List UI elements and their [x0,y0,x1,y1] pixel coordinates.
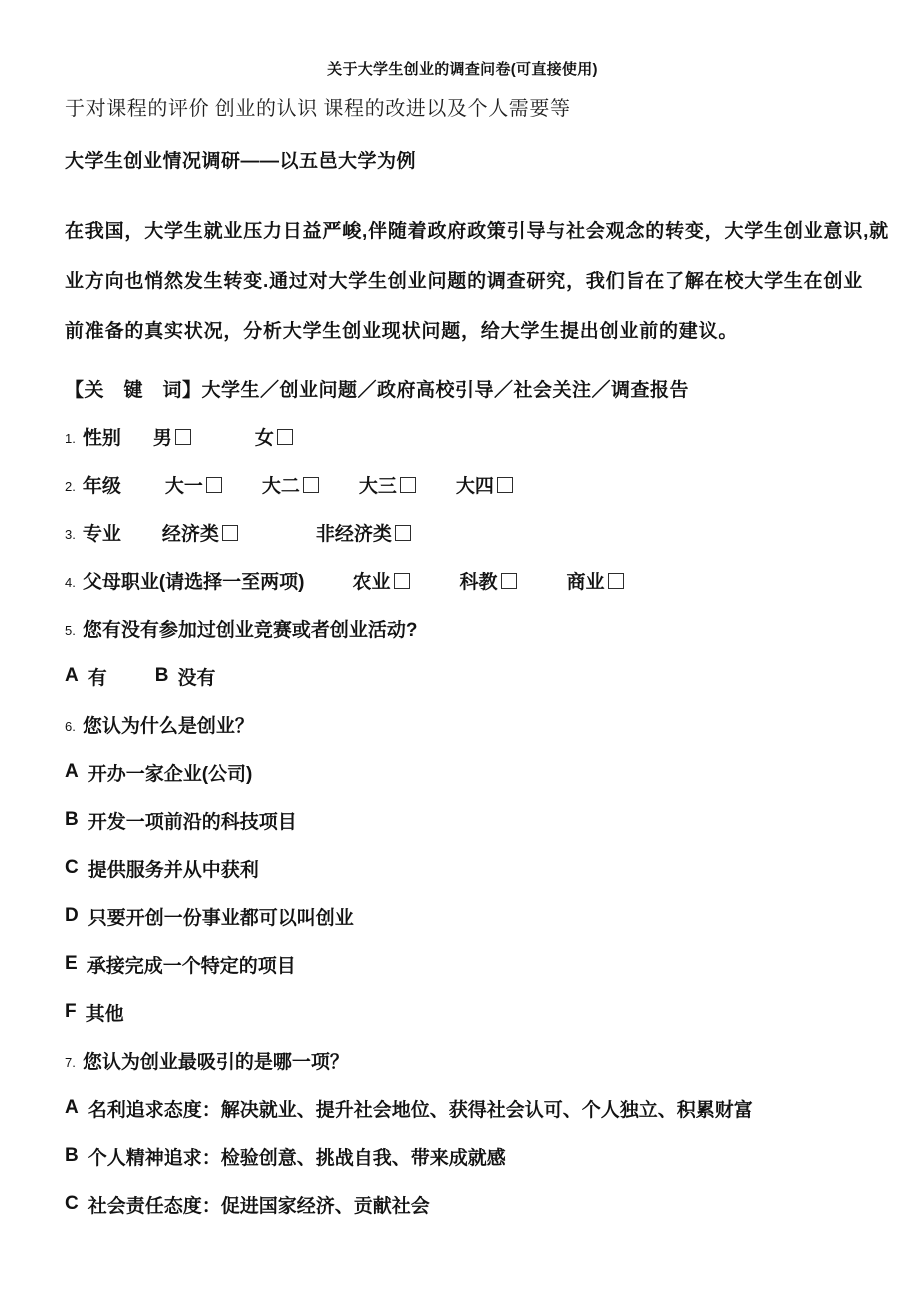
question-4-line: 4. 父母职业(请选择一至两项) 农业 科教 商业 [65,556,860,604]
question-number: 5. [65,623,76,638]
option-label: 商业 [567,567,605,594]
option-female: 女 [255,423,293,450]
question-2-line: 2. 年级 大一 大二 大三 大四 [65,460,860,508]
option-letter: E [65,953,78,975]
option-letter: B [155,665,169,687]
checkbox-business[interactable] [608,573,624,589]
option-no: B没有 [155,663,216,690]
question-1-line: 1. 性别 男 女 [65,412,860,460]
question-7-option-b: B 个人精神追求：检验创意、挑战自我、带来成就感 [65,1132,860,1180]
option-label: 农业 [353,567,391,594]
option-grade-1: 大一 [165,471,222,498]
option-label: 男 [153,423,172,450]
question-7-line: 7. 您认为创业最吸引的是哪一项？ [65,1036,860,1084]
option-label: 提供服务并从中获利 [88,855,259,882]
option-label: 名利追求态度：解决就业、提升社会地位、获得社会认可、个人独立、积累财富 [88,1095,753,1122]
question-5-options-line: A有 B没有 [65,652,860,700]
checkbox-grade-2[interactable] [303,477,319,493]
lead-line: 于对课程的评价 创业的认识 课程的改进以及个人需要等 [65,96,860,122]
option-label: 开办一家企业(公司) [88,759,253,786]
question-number: 6. [65,719,76,734]
question-7-option-a: A 名利追求态度：解决就业、提升社会地位、获得社会认可、个人独立、积累财富 [65,1084,860,1132]
option-letter: C [65,1193,79,1215]
question-number: 1. [65,431,76,446]
question-6-line: 6. 您认为什么是创业？ [65,700,860,748]
question-label: 父母职业(请选择一至两项) [83,567,305,594]
document-page: 关于大学生创业的调查问卷(可直接使用) 于对课程的评价 创业的认识 课程的改进以… [0,0,920,1302]
option-label: 大三 [359,471,397,498]
question-6-option-e: E 承接完成一个特定的项目 [65,940,860,988]
option-label: 非经济类 [316,519,392,546]
option-business: 商业 [567,567,624,594]
option-label: 大一 [165,471,203,498]
question-number: 2. [65,479,76,494]
option-non-economics: 非经济类 [316,519,411,546]
option-economics: 经济类 [162,519,238,546]
checkbox-economics[interactable] [222,525,238,541]
intro-paragraph: 在我国，大学生就业压力日益严峻,伴随着政府政策引导与社会观念的转变，大学生创业意… [65,204,860,354]
question-number: 3. [65,527,76,542]
checkbox-female[interactable] [277,429,293,445]
question-label: 性别 [83,423,121,450]
question-6-option-d: D 只要开创一份事业都可以叫创业 [65,892,860,940]
option-label: 只要开创一份事业都可以叫创业 [88,903,354,930]
question-number: 7. [65,1055,76,1070]
option-grade-3: 大三 [359,471,416,498]
option-grade-4: 大四 [456,471,513,498]
option-label: 经济类 [162,519,219,546]
option-letter: A [65,1097,79,1119]
question-6-option-f: F 其他 [65,988,860,1036]
option-label: 有 [88,663,107,690]
checkbox-science-education[interactable] [501,573,517,589]
checkbox-male[interactable] [175,429,191,445]
question-7-option-c: C 社会责任态度：促进国家经济、贡献社会 [65,1180,860,1228]
keywords-text: 大学生／创业问题／政府高校引导／社会关注／调查报告 [202,375,690,402]
question-6-option-b: B 开发一项前沿的科技项目 [65,796,860,844]
option-letter: D [65,905,79,927]
option-letter: B [65,1145,79,1167]
checkbox-grade-1[interactable] [206,477,222,493]
checkbox-grade-4[interactable] [497,477,513,493]
question-5-line: 5. 您有没有参加过创业竞赛或者创业活动? [65,604,860,652]
option-label: 科教 [460,567,498,594]
question-label: 专业 [83,519,121,546]
option-letter: C [65,857,79,879]
question-label: 您有没有参加过创业竞赛或者创业活动? [83,615,418,642]
question-label: 您认为创业最吸引的是哪一项？ [83,1047,349,1074]
intro-line: 前准备的真实状况，分析大学生创业现状问题，给大学生提出创业前的建议。 [65,304,860,354]
option-yes: A有 [65,663,107,690]
survey-heading: 大学生创业情况调研——以五邑大学为例 [65,150,860,174]
option-letter: A [65,761,79,783]
intro-line: 业方向也悄然发生转变.通过对大学生创业问题的调查研究，我们旨在了解在校大学生在创… [65,254,860,304]
option-letter: B [65,809,79,831]
question-number: 4. [65,575,76,590]
option-label: 承接完成一个特定的项目 [87,951,296,978]
option-label: 开发一项前沿的科技项目 [88,807,297,834]
option-grade-2: 大二 [262,471,319,498]
option-agriculture: 农业 [353,567,410,594]
option-letter: A [65,665,79,687]
question-label: 您认为什么是创业？ [83,711,254,738]
option-label: 社会责任态度：促进国家经济、贡献社会 [88,1191,430,1218]
intro-line: 在我国，大学生就业压力日益严峻,伴随着政府政策引导与社会观念的转变，大学生创业意… [65,204,860,254]
option-label: 大二 [262,471,300,498]
option-label: 个人精神追求：检验创意、挑战自我、带来成就感 [88,1143,506,1170]
keywords-label: 【关 键 词】 [65,375,202,402]
checkbox-grade-3[interactable] [400,477,416,493]
option-label: 女 [255,423,274,450]
option-letter: F [65,1001,77,1023]
option-science-education: 科教 [460,567,517,594]
option-label: 其他 [86,999,124,1026]
checkbox-agriculture[interactable] [394,573,410,589]
question-label: 年级 [83,471,121,498]
checkbox-non-economics[interactable] [395,525,411,541]
option-male: 男 [153,423,191,450]
option-label: 没有 [177,663,215,690]
question-6-option-c: C 提供服务并从中获利 [65,844,860,892]
keywords-line: 【关 键 词】大学生／创业问题／政府高校引导／社会关注／调查报告 [65,364,860,412]
question-3-line: 3. 专业 经济类 非经济类 [65,508,860,556]
question-6-option-a: A 开办一家企业(公司) [65,748,860,796]
document-title: 关于大学生创业的调查问卷(可直接使用) [65,58,860,82]
option-label: 大四 [456,471,494,498]
